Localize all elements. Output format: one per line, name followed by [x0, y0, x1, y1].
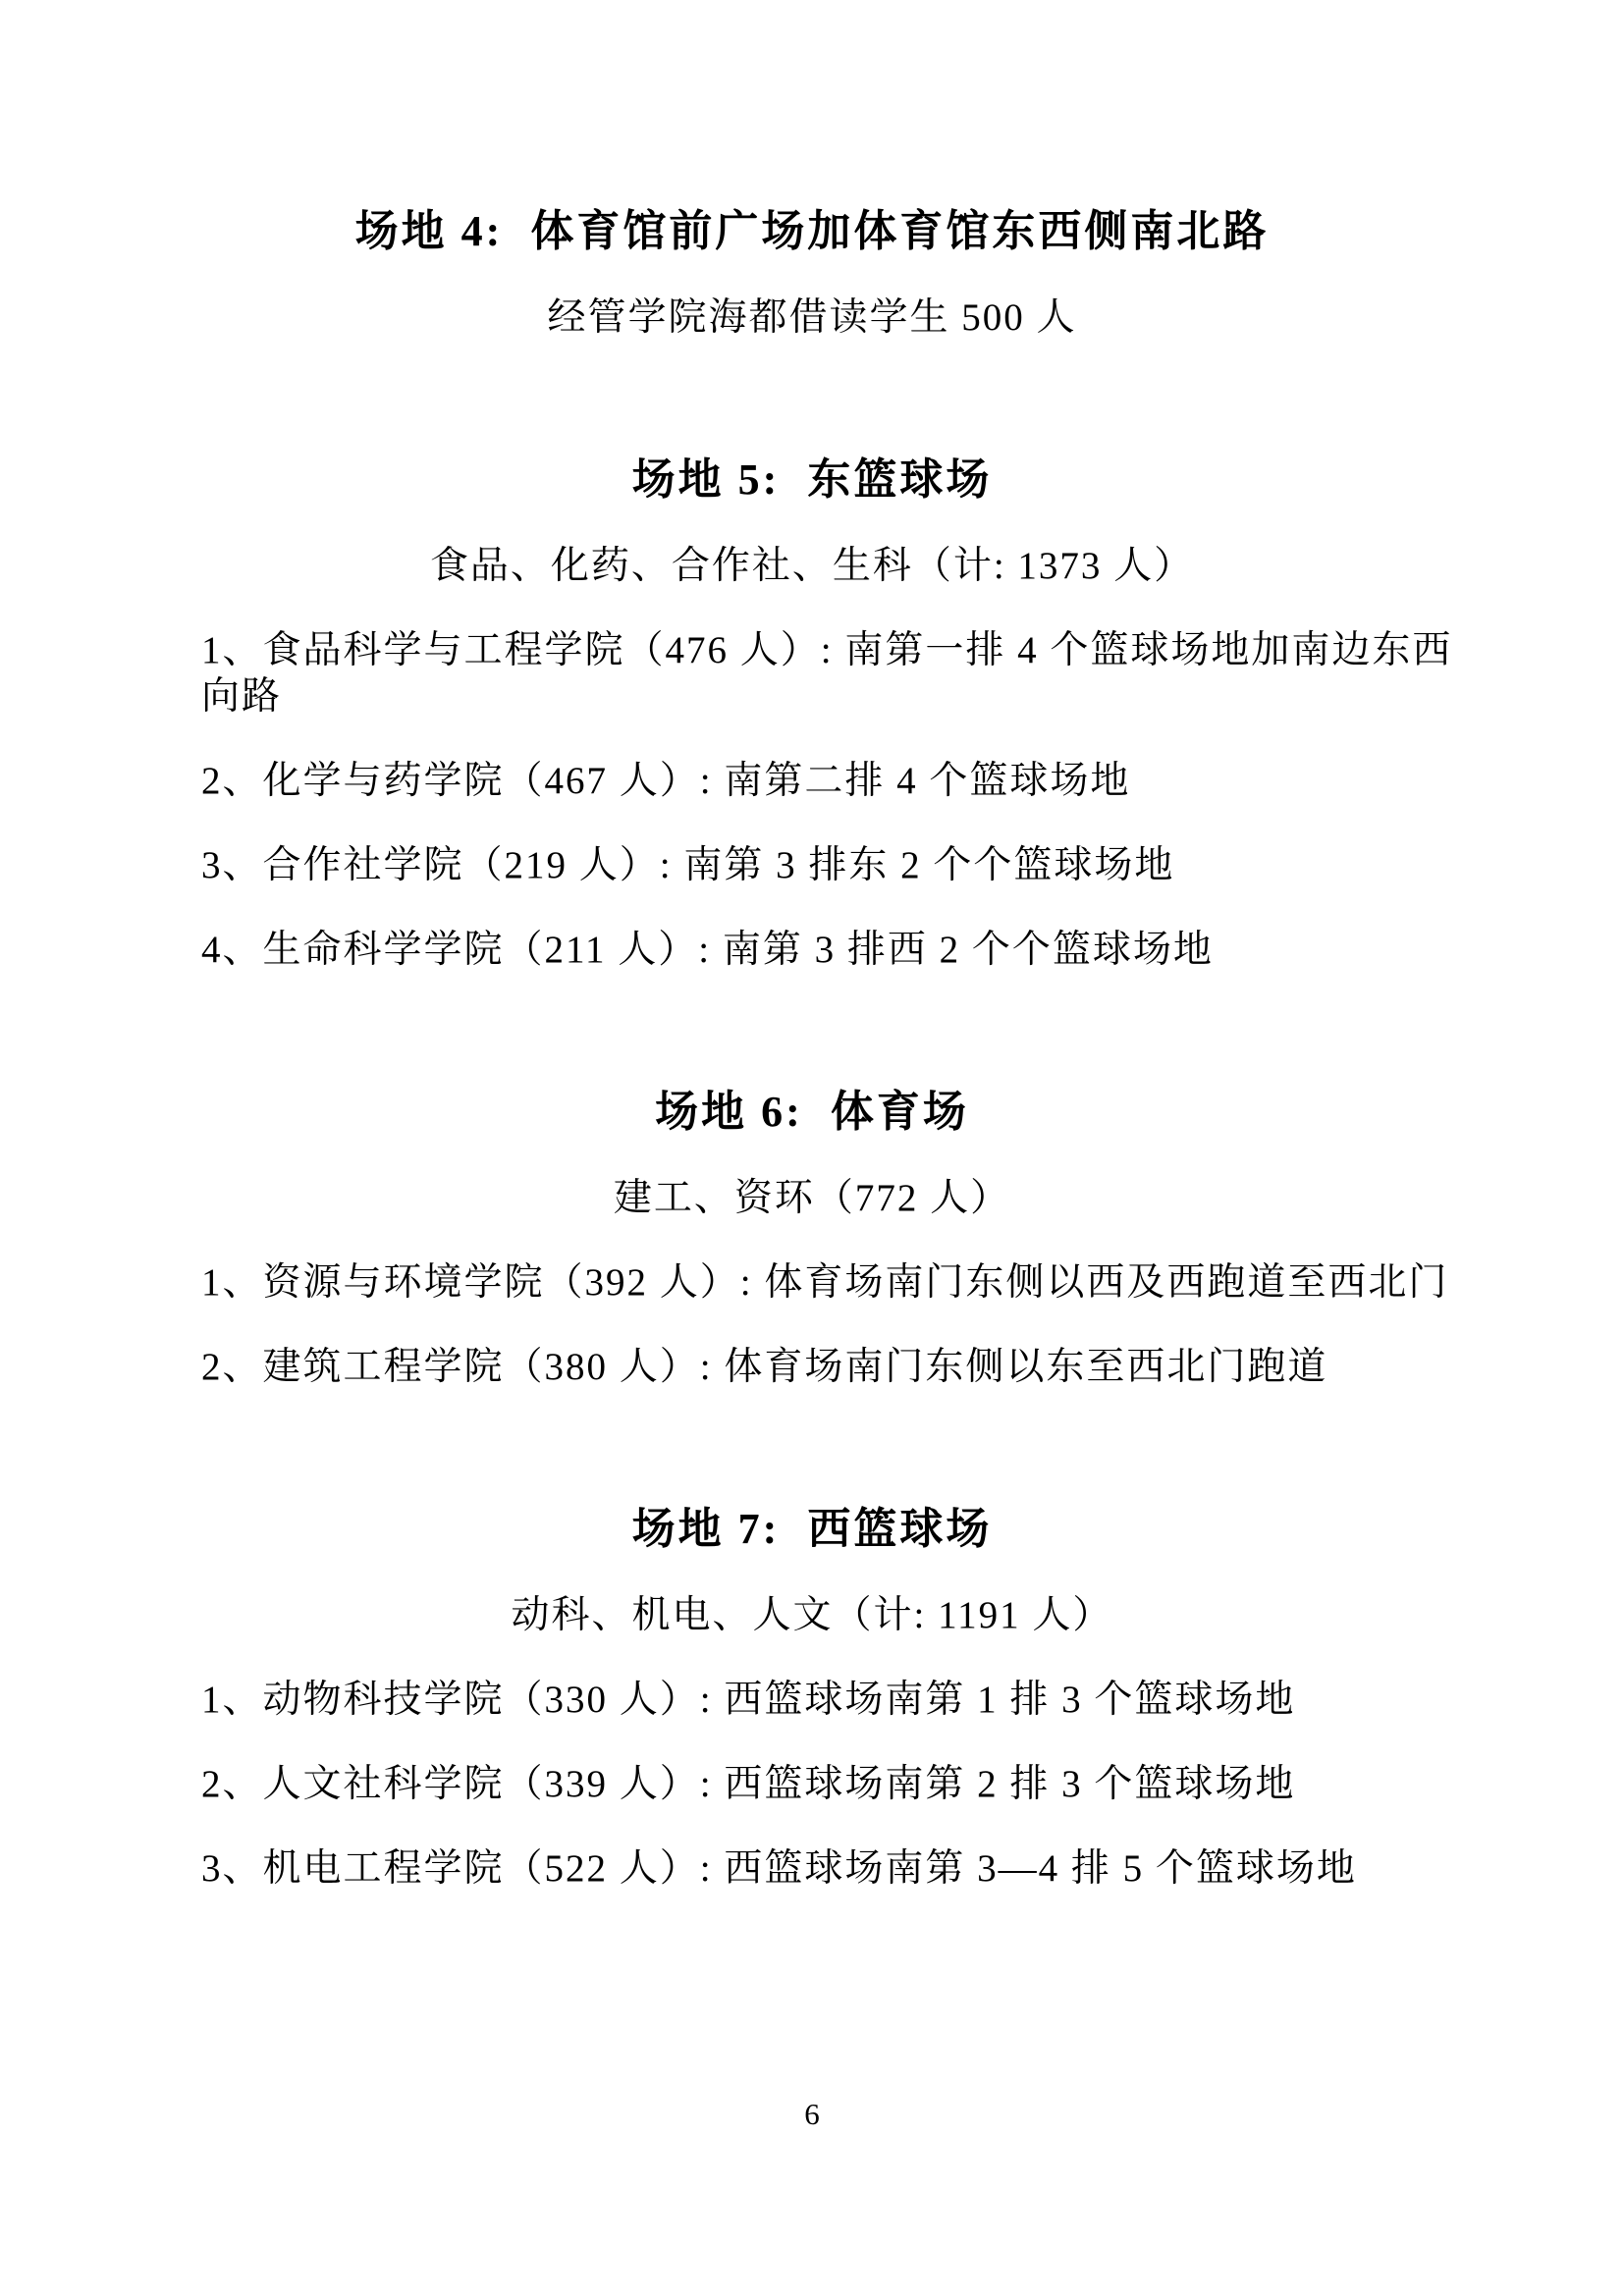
sections: 场地 4: 体育馆前广场加体育馆东西侧南北路经管学院海都借读学生 500 人场地…: [0, 205, 1624, 1892]
section-subtitle: 食品、化药、合作社、生科（计: 1373 人）: [0, 543, 1624, 589]
page-footer: 6: [0, 2097, 1624, 2132]
assignment-item: 3、机电工程学院（522 人）: 西篮球场南第 3—4 排 5 个篮球场地: [0, 1845, 1624, 1892]
assignment-item: 3、合作社学院（219 人）: 南第 3 排东 2 个个篮球场地: [0, 842, 1624, 888]
venue-section: 场地 5: 东篮球场食品、化药、合作社、生科（计: 1373 人）1、食品科学与…: [0, 454, 1624, 973]
venue-section: 场地 4: 体育馆前广场加体育馆东西侧南北路经管学院海都借读学生 500 人: [0, 205, 1624, 341]
venue-section: 场地 6: 体育场建工、资环（772 人）1、资源与环境学院（392 人）: 体…: [0, 1086, 1624, 1390]
section-title: 场地 6: 体育场: [0, 1086, 1624, 1139]
section-title: 场地 4: 体育馆前广场加体育馆东西侧南北路: [0, 205, 1624, 258]
venue-section: 场地 7: 西篮球场动科、机电、人文（计: 1191 人）1、动物科技学院（33…: [0, 1503, 1624, 1892]
section-title: 场地 5: 东篮球场: [0, 454, 1624, 507]
assignment-item: 1、动物科技学院（330 人）: 西篮球场南第 1 排 3 个篮球场地: [0, 1677, 1624, 1723]
assignment-item: 1、食品科学与工程学院（476 人）: 南第一排 4 个篮球场地加南边东西向路: [0, 627, 1624, 720]
section-subtitle: 动科、机电、人文（计: 1191 人）: [0, 1592, 1624, 1638]
assignment-item: 4、生命科学学院（211 人）: 南第 3 排西 2 个个篮球场地: [0, 927, 1624, 973]
page-number: 6: [804, 2097, 820, 2131]
section-subtitle: 经管学院海都借读学生 500 人: [0, 294, 1624, 341]
section-title: 场地 7: 西篮球场: [0, 1503, 1624, 1556]
assignment-item: 2、建筑工程学院（380 人）: 体育场南门东侧以东至西北门跑道: [0, 1344, 1624, 1390]
assignment-item: 2、人文社科学院（339 人）: 西篮球场南第 2 排 3 个篮球场地: [0, 1761, 1624, 1807]
document-page: 场地 4: 体育馆前广场加体育馆东西侧南北路经管学院海都借读学生 500 人场地…: [0, 0, 1624, 2296]
section-subtitle: 建工、资环（772 人）: [0, 1175, 1624, 1221]
assignment-item: 2、化学与药学院（467 人）: 南第二排 4 个篮球场地: [0, 758, 1624, 804]
assignment-item: 1、资源与环境学院（392 人）: 体育场南门东侧以西及西跑道至西北门: [0, 1259, 1624, 1306]
